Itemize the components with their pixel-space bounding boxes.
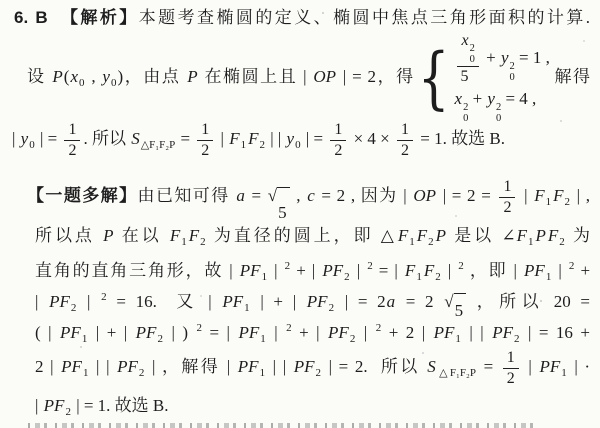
text-run: = | [373,261,404,280]
math-variable: PF [433,323,456,342]
solution-line-4: 【一题多解】由已知可得 a = √5 , c = 2 , 因为 | OP | =… [12,172,590,220]
math-variable: PF [239,261,262,280]
subscript: 1 [181,236,188,248]
text-run: | = 2 = [437,186,496,205]
text-run: . 所以 [83,129,130,148]
text-run: 直角的直角三角形，故 | [35,261,239,280]
text-run: 为 [566,226,590,245]
text-run: ，所以 20 = [467,292,590,311]
math-variable: PF [327,323,350,342]
left-brace-icon: { [418,44,450,112]
text-run [48,8,61,27]
text-run: | , [571,186,590,205]
text-run: | = 2 [335,292,386,311]
math-variable: S [426,357,437,376]
text-run: | ，解得 | [145,357,236,376]
math-variable: PF [293,357,316,376]
fraction: 12 [503,349,519,388]
math-variable: P [186,67,198,86]
denominator: 2 [499,198,515,217]
text-run: , [86,67,102,86]
text-run: | [35,396,43,415]
text-run: | = 16 + [520,323,590,342]
text-run: 解得 [553,67,590,86]
text-run: + 2 | [381,323,432,342]
text-run: | [442,261,458,280]
bold-label: 【一题多解】 [27,186,138,205]
text-run: | = 2. 所以 [322,357,426,376]
math-variable: F [552,186,564,205]
text-run: 设 [27,67,51,86]
subscript: 2 [428,236,435,248]
math-variable: PF [135,323,158,342]
fraction: 12 [197,121,213,160]
text-run: | [351,261,367,280]
math-variable: a [235,186,246,205]
math-variable: y [486,89,496,108]
math-variable: y [20,129,30,148]
system-row: x205 + y20 = 1 , [454,32,550,86]
solution-line-10: | PF2 | = 1. 故选 B. [12,390,590,421]
text-run: 1 [507,349,515,366]
text-run: 2 [68,142,76,159]
math-variable: PF [116,357,139,376]
text-run: 1 [201,121,209,138]
math-variable: F [169,226,181,245]
text-run: + [574,261,590,280]
text-run: = 2 , 因为 | [316,186,413,205]
text-run: 1 [401,121,409,138]
math-variable: F [397,226,409,245]
text-run: | + | [88,323,134,342]
clipped-next-line-remnant [28,423,533,428]
subscript: 1 [409,236,416,248]
math-variable: P [435,226,447,245]
text-run: | [356,323,374,342]
subscript: 1 [528,236,535,248]
text-run: 为直径的圆上，即 △ [207,226,397,245]
text-run: + | [290,261,321,280]
text-run: | [552,261,568,280]
text-run: | [268,261,284,280]
math-variable: PF [59,323,82,342]
math-variable: a [386,292,397,311]
bold-label: 6. B [14,8,48,27]
text-run: 2 [507,370,515,387]
text-run: = [176,129,194,148]
text-run: , [291,186,307,205]
text-run: 是以 ∠ [447,226,516,245]
numerator: 1 [197,121,213,141]
text-run: = [477,357,500,376]
solution-line-9: 2 | PF1 | | PF2 | ，解得 | PF1 | | PF2 | = … [12,344,590,390]
text-run: 2 | [35,357,60,376]
bold-label: 【解析】 [61,8,139,27]
solution-line-3: | y0 | = 12. 所以 S△F₁F₂P = 12 | F1F2 | | … [12,112,590,166]
math-variable: P [535,226,547,245]
math-variable: PF [321,261,344,280]
text-run: = 4 , [501,89,536,108]
text-run: ( | [35,323,59,342]
text-run: )，由点 [117,67,186,86]
solution-text-block: 6. B 【解析】本题考查椭圆的定义、椭圆中焦点三角形面积的计算.设 P(x0 … [0,0,600,421]
text-run: 1 [334,121,342,138]
text-run: + [468,89,486,108]
math-variable: PF [43,396,66,415]
math-variable: PF [60,357,83,376]
numerator: 1 [64,121,80,141]
text-run: = 1 , [515,48,550,67]
text-run: 在椭圆上且 | [199,67,313,86]
text-run: | = 2，得 [337,67,415,86]
text-run: | | [266,129,286,148]
text-run: | [35,292,48,311]
text-run: 2 [334,142,342,159]
solution-line-1: 6. B 【解析】本题考查椭圆的定义、椭圆中焦点三角形面积的计算. [12,4,590,32]
math-variable: x [69,67,79,86]
fraction: 12 [64,121,80,160]
math-variable: F [416,226,428,245]
math-variable: PF [538,357,561,376]
numerator: x20 [457,32,479,67]
subscript: 0 [510,72,515,83]
text-run: | [522,357,539,376]
text-run: | ) [164,323,196,342]
text-run: 2 [401,142,409,159]
text-run: | [12,129,20,148]
numerator: 1 [330,121,346,141]
text-run: 5 [461,68,469,85]
text-run: 本题考查椭圆的定义、椭圆中焦点三角形面积的计算. [139,8,590,27]
math-variable: S [130,129,141,148]
text-run: = | [202,323,237,342]
math-variable: F [516,226,528,245]
math-variable: F [228,129,240,148]
text-run: 2 [201,142,209,159]
text-run: | = 1. 故选 B. [72,396,169,415]
text-run: | = [302,129,328,148]
math-variable: OP [312,67,337,86]
text-run: = 1. 故选 B. [416,129,505,148]
fraction: 12 [397,121,413,160]
equation-system: {x205 + y20 = 1 ,x20 + y20 = 4 , [418,32,550,124]
numerator: 1 [397,121,413,141]
math-variable: x [461,32,470,49]
text-run: = 2 [396,292,443,311]
superscript: 2 [470,43,475,54]
math-variable: y [500,48,510,67]
math-variable: P [102,226,114,245]
text-run: | | [266,357,293,376]
text-run: = [246,186,267,205]
math-variable: PF [237,357,260,376]
math-variable: P [51,67,63,86]
text-run: | [267,323,285,342]
subscript: △F₁F₂P [141,139,176,151]
math-variable: PF [306,292,329,311]
scanned-solution-page: 6. B 【解析】本题考查椭圆的定义、椭圆中焦点三角形面积的计算.设 P(x0 … [0,0,600,428]
text-run: 1 [503,178,511,195]
math-variable: PF [237,323,260,342]
denominator: 2 [64,141,80,160]
math-variable: PF [48,292,71,311]
math-variable: F [247,129,259,148]
math-variable: F [533,186,545,205]
numerator: 1 [499,178,515,198]
text-run: × 4 × [349,129,394,148]
text-run: 1 [68,121,76,138]
text-run: | = [36,129,62,148]
fraction: 12 [330,121,346,160]
numerator: 1 [503,349,519,369]
subscript: 0 [470,54,475,65]
fraction: x205 [457,32,479,86]
solution-line-8: ( | PF1 | + | PF2 | ) 2 = | PF1 | 2 + | … [12,313,590,344]
math-variable: y [101,67,111,86]
text-run: | | [89,357,116,376]
text-run: | + | [251,292,306,311]
solution-line-6: 直角的直角三角形，故 | PF1 | 2 + | PF2 | 2 = | F1F… [12,251,590,282]
text-run: ，即 | [464,261,523,280]
solution-line-5: 所以点 P 在以 F1F2 为直径的圆上，即 △F1F2P 是以 ∠F1PF2 … [12,220,590,251]
text-run: 所以点 [35,226,102,245]
denominator: 5 [457,67,479,86]
math-variable: PF [491,323,514,342]
system-rows: x205 + y20 = 1 ,x20 + y20 = 4 , [454,32,550,124]
math-variable: F [404,261,416,280]
subscript: △F₁F₂P [437,367,477,379]
math-variable: F [188,226,200,245]
text-run: 在以 [115,226,169,245]
text-run: + | [292,323,327,342]
math-variable: c [306,186,316,205]
text-run: | [518,186,533,205]
math-variable: PF [523,261,546,280]
solution-line-7: | PF2 | 2 = 16. 又 | PF1 | + | PF2 | = 2a… [12,282,590,313]
solution-line-2: 设 P(x0 , y0)，由点 P 在椭圆上且 | OP | = 2，得{x20… [12,32,590,112]
text-run: 2 [503,199,511,216]
text-run: | [77,292,100,311]
denominator: 2 [197,141,213,160]
text-run: = 16. 又 | [107,292,222,311]
denominator: 2 [397,141,413,160]
text-run: 由已知可得 [138,186,236,205]
text-run: | [216,129,228,148]
sup-sub-stack: 20 [470,43,475,65]
math-variable: y [286,129,296,148]
denominator: 2 [330,141,346,160]
text-run: | · [568,357,590,376]
math-variable: F [423,261,435,280]
math-variable: OP [412,186,437,205]
text-run: | | [462,323,491,342]
denominator: 2 [503,369,519,388]
math-variable: F [547,226,559,245]
math-variable: x [454,89,464,108]
text-run: + [482,48,500,67]
math-variable: PF [221,292,244,311]
fraction: 12 [499,178,515,217]
